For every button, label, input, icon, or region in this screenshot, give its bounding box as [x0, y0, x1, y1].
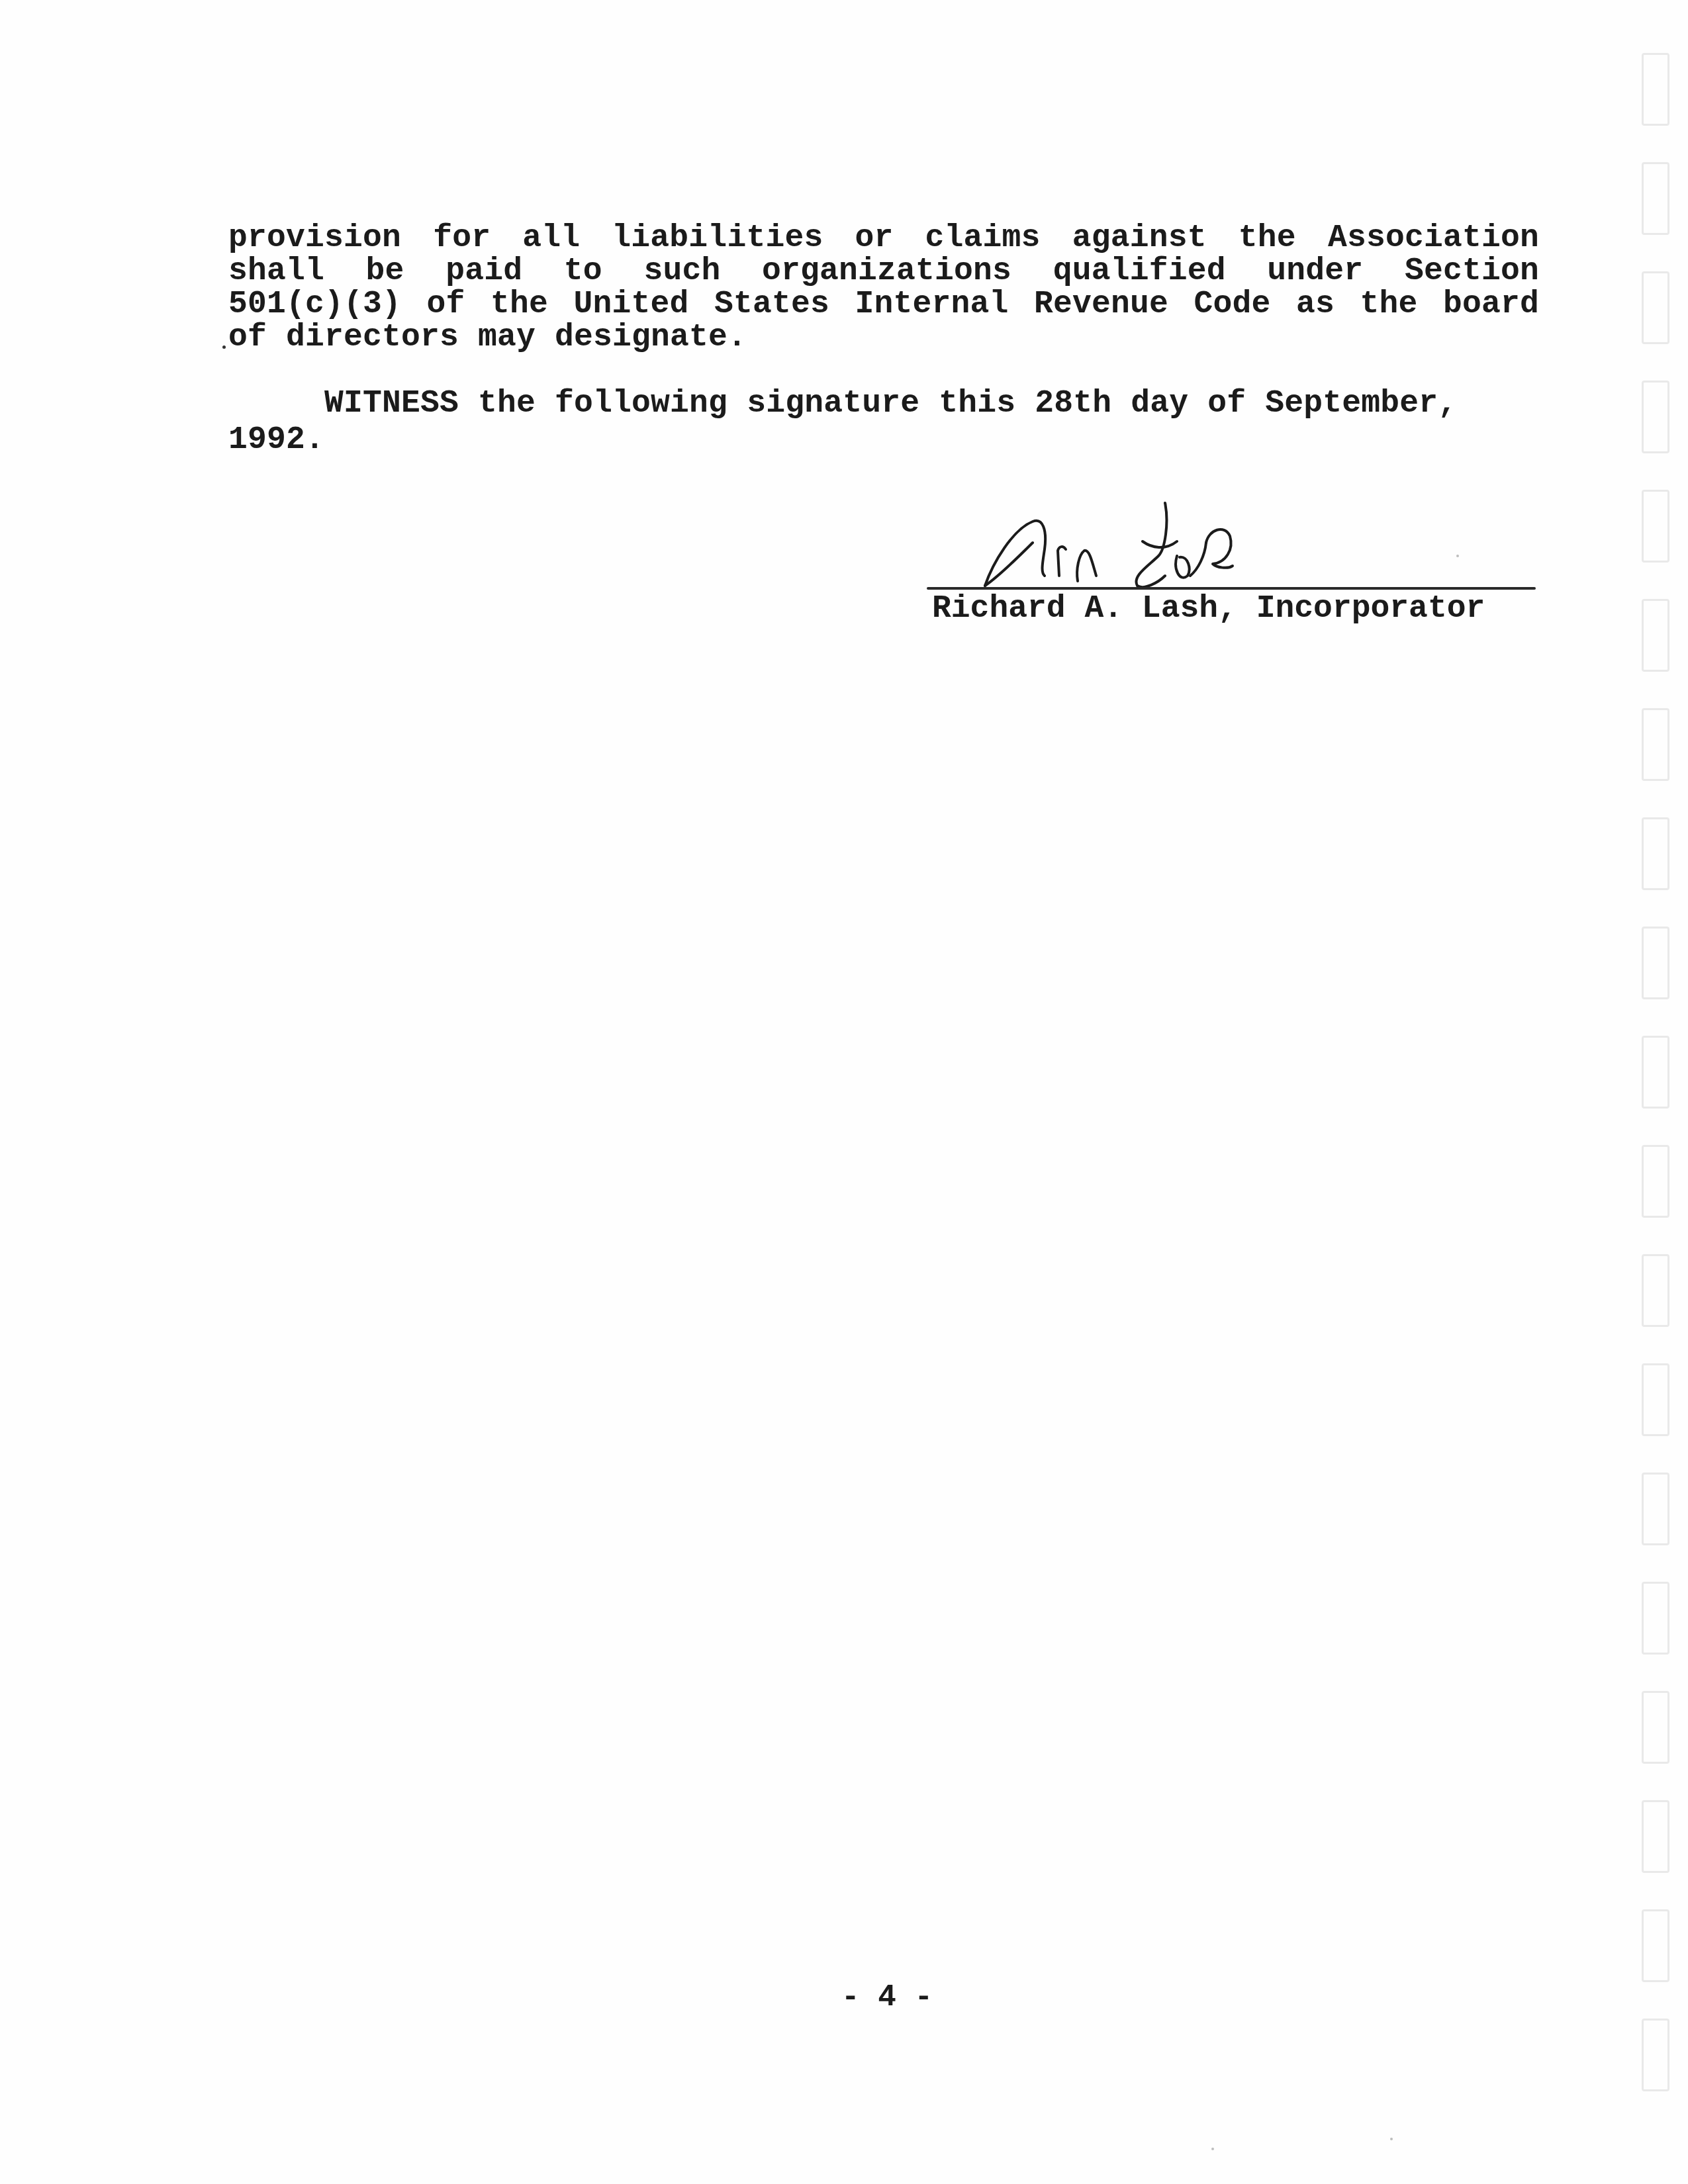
binder-hole: [1642, 1473, 1669, 1545]
signature-line: [927, 587, 1536, 590]
page-number: - 4 -: [821, 1979, 953, 2016]
scan-speck: [222, 345, 226, 349]
paragraph-line-2: shall be paid to such organizations qual…: [228, 255, 1539, 288]
document-page: provision for all liabilities or claims …: [0, 0, 1688, 2184]
scan-speck: [1390, 2138, 1393, 2140]
witness-line-1: WITNESS the following signature this 28t…: [228, 387, 1539, 420]
binder-hole: [1642, 1145, 1669, 1218]
handwritten-signature-icon: [966, 477, 1390, 589]
binder-hole: [1642, 53, 1669, 126]
binder-hole: [1642, 381, 1669, 453]
scan-speck: [1211, 2148, 1214, 2150]
binder-hole: [1642, 1582, 1669, 1655]
binder-hole: [1642, 599, 1669, 672]
binder-hole: [1642, 1254, 1669, 1327]
binder-hole: [1642, 1036, 1669, 1109]
binder-hole: [1642, 1363, 1669, 1436]
binder-hole: [1642, 1800, 1669, 1873]
paragraph-line-1: provision for all liabilities or claims …: [228, 222, 1539, 255]
binder-hole: [1642, 927, 1669, 999]
signatory-caption: Richard A. Lash, Incorporator: [932, 590, 1485, 627]
binder-hole: [1642, 162, 1669, 235]
binder-hole: [1642, 1691, 1669, 1764]
binder-hole: [1642, 817, 1669, 890]
scan-speck: [1456, 555, 1459, 557]
binder-hole: [1642, 490, 1669, 563]
paragraph-line-4: of directors may designate.: [228, 321, 1539, 354]
witness-line-2: 1992.: [228, 424, 1539, 457]
binder-hole: [1642, 1909, 1669, 1982]
paragraph-line-3: 501(c)(3) of the United States Internal …: [228, 288, 1539, 321]
binder-hole: [1642, 708, 1669, 781]
binder-hole: [1642, 271, 1669, 344]
binder-hole-artifacts: [1635, 26, 1675, 2171]
binder-hole: [1642, 2019, 1669, 2091]
signature-block: Richard A. Lash, Incorporator: [927, 477, 1539, 635]
